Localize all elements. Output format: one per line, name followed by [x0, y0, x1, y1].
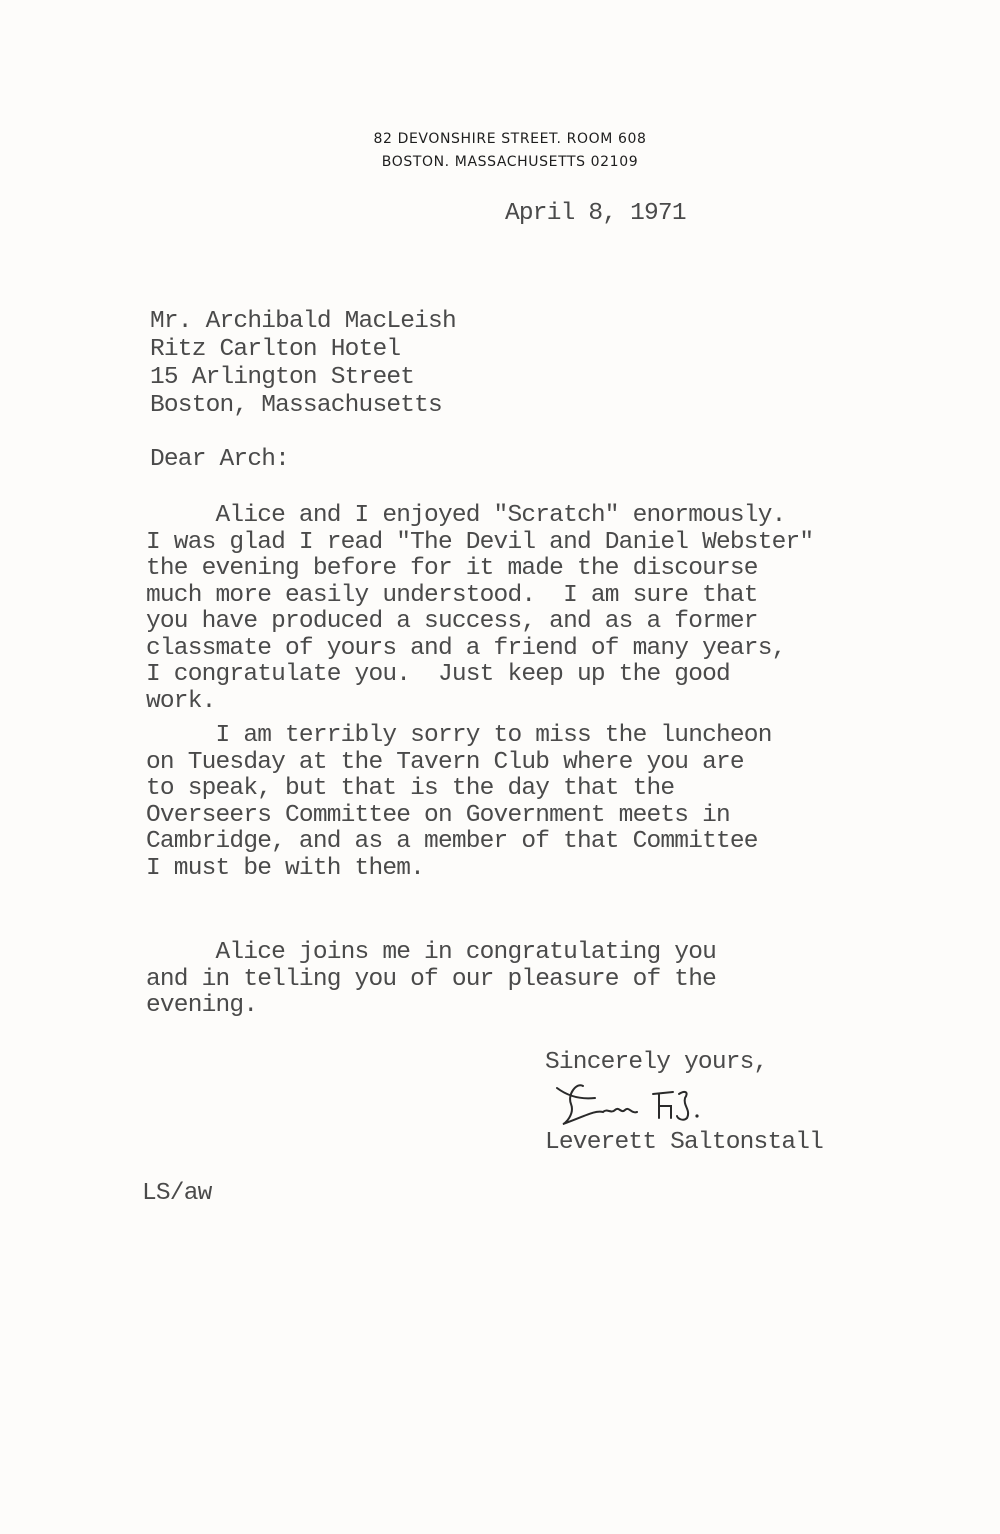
letterhead: 82 DEVONSHIRE STREET. ROOM 608 BOSTON. M… [0, 128, 1000, 174]
reference-initials: LS/aw [142, 1180, 212, 1207]
letter-date: April 8, 1971 [505, 200, 686, 227]
recipient-address: Mr. Archibald MacLeish Ritz Carlton Hote… [150, 308, 456, 420]
recipient-name: Mr. Archibald MacLeish [150, 308, 456, 336]
body-paragraph-3: Alice joins me in congratulating you and… [146, 940, 716, 1020]
body-paragraph-2: I am terribly sorry to miss the luncheon… [146, 723, 772, 882]
signature-icon [555, 1080, 765, 1130]
letterhead-street: 82 DEVONSHIRE STREET. ROOM 608 [10, 128, 1000, 151]
closing: Sincerely yours, [545, 1049, 767, 1076]
recipient-city: Boston, Massachusetts [150, 392, 456, 420]
signer-name: Leverett Saltonstall [545, 1129, 823, 1156]
letterhead-city: BOSTON. MASSACHUSETTS 02109 [10, 151, 1000, 174]
body-paragraph-1: Alice and I enjoyed "Scratch" enormously… [146, 503, 813, 715]
salutation: Dear Arch: [150, 446, 289, 473]
recipient-hotel: Ritz Carlton Hotel [150, 336, 456, 364]
recipient-street: 15 Arlington Street [150, 364, 456, 392]
